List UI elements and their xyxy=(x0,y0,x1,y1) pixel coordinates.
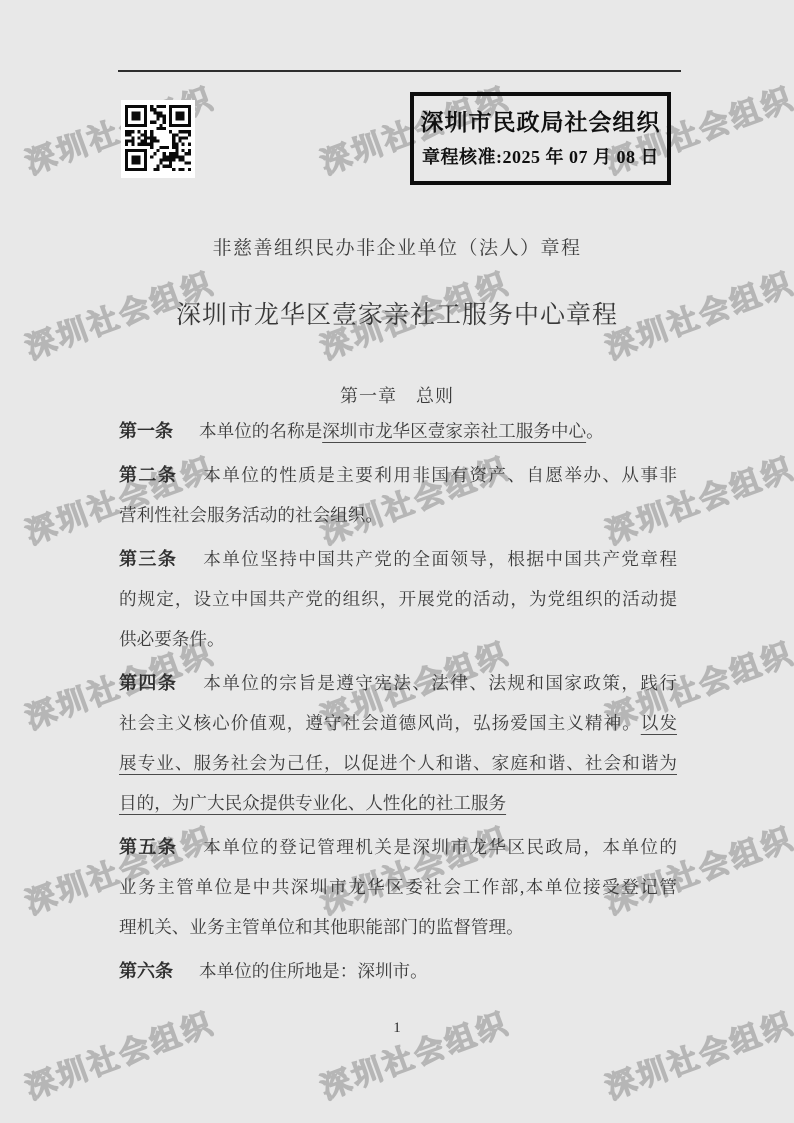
article-text: 本单位的名称是 xyxy=(199,421,322,441)
article: 第三条本单位坚持中国共产党的全面领导，根据中国共产党章程的规定，设立中国共产党的… xyxy=(119,539,677,659)
approval-stamp-box: 深圳市民政局社会组织 章程核准:2025 年 07 月 08 日 xyxy=(410,92,671,185)
article-line: 业务主管单位是中共深圳市龙华区委社会工作部,本单位接受登记管 xyxy=(119,867,677,907)
article-line: 第六条本单位的住所地是：深圳市。 xyxy=(119,951,677,991)
article-line: 社会主义核心价值观，遵守社会道德风尚，弘扬爱国主义精神。以发 xyxy=(119,703,677,743)
article-text: 业务主管单位是中共深圳市龙华区委社会工作部,本单位接受登记管 xyxy=(119,877,677,897)
article: 第二条本单位的性质是主要利用非国有资产、自愿举办、从事非营利性社会服务活动的社会… xyxy=(119,455,677,535)
document-content: 深圳市民政局社会组织 章程核准:2025 年 07 月 08 日 非慈善组织民办… xyxy=(0,0,794,1123)
article-line: 营利性社会服务活动的社会组织。 xyxy=(119,495,677,535)
article-line: 的规定，设立中国共产党的组织，开展党的活动，为党组织的活动提 xyxy=(119,579,677,619)
header-rule xyxy=(118,70,681,72)
articles-body: 第一条本单位的名称是深圳市龙华区壹家亲社工服务中心。第二条本单位的性质是主要利用… xyxy=(119,411,677,995)
article-text: 社会主义核心价值观，遵守社会道德风尚，弘扬爱国主义精神。 xyxy=(119,713,641,733)
article-line: 供必要条件。 xyxy=(119,619,677,659)
qr-code xyxy=(121,100,195,178)
article-line: 第二条本单位的性质是主要利用非国有资产、自愿举办、从事非 xyxy=(119,455,677,495)
article-text: 营利性社会服务活动的社会组织。 xyxy=(119,505,383,525)
article-text: 。 xyxy=(586,421,604,441)
page-number: 1 xyxy=(0,1020,794,1037)
article-text-underlined: 展专业、服务社会为己任，以促进个人和谐、家庭和谐、社会和谐为 xyxy=(119,753,677,773)
article-line: 展专业、服务社会为己任，以促进个人和谐、家庭和谐、社会和谐为 xyxy=(119,743,677,783)
approval-authority: 深圳市民政局社会组织 xyxy=(414,111,667,134)
article-text: 本单位的宗旨是遵守宪法、法律、法规和国家政策，践行 xyxy=(203,673,677,693)
article-text-underlined: 目的，为广大民众提供专业化、人性化的社工服务 xyxy=(119,793,506,813)
article: 第四条本单位的宗旨是遵守宪法、法律、法规和国家政策，践行社会主义核心价值观，遵守… xyxy=(119,663,677,823)
article: 第一条本单位的名称是深圳市龙华区壹家亲社工服务中心。 xyxy=(119,411,677,451)
article-label: 第六条 xyxy=(119,961,173,981)
doc-subtitle: 非慈善组织民办非企业单位（法人）章程 xyxy=(0,233,794,260)
approval-date: 章程核准:2025 年 07 月 08 日 xyxy=(414,148,667,166)
article-line: 第三条本单位坚持中国共产党的全面领导，根据中国共产党章程 xyxy=(119,539,677,579)
charter-document-page: 深圳社会组织深圳社会组织深圳社会组织深圳社会组织深圳社会组织深圳社会组织深圳社会… xyxy=(0,0,794,1123)
article-line: 目的，为广大民众提供专业化、人性化的社工服务 xyxy=(119,783,677,823)
article-text-underlined: 以发 xyxy=(641,713,677,733)
article-text-underlined: 深圳市龙华区壹家亲社工服务中心 xyxy=(322,421,586,441)
article-text: 理机关、业务主管单位和其他职能部门的监督管理。 xyxy=(119,917,524,937)
article-label: 第一条 xyxy=(119,421,173,441)
article-text: 供必要条件。 xyxy=(119,629,225,649)
article-label: 第三条 xyxy=(119,549,177,569)
article-line: 理机关、业务主管单位和其他职能部门的监督管理。 xyxy=(119,907,677,947)
qr-code-pattern xyxy=(125,105,191,171)
article: 第五条本单位的登记管理机关是深圳市龙华区民政局，本单位的业务主管单位是中共深圳市… xyxy=(119,827,677,947)
article-text: 本单位的住所地是：深圳市。 xyxy=(199,961,428,981)
article-line: 第五条本单位的登记管理机关是深圳市龙华区民政局，本单位的 xyxy=(119,827,677,867)
article-text: 本单位的登记管理机关是深圳市龙华区民政局，本单位的 xyxy=(203,837,677,857)
article-text: 本单位坚持中国共产党的全面领导，根据中国共产党章程 xyxy=(203,549,677,569)
article-line: 第四条本单位的宗旨是遵守宪法、法律、法规和国家政策，践行 xyxy=(119,663,677,703)
article-text: 的规定，设立中国共产党的组织，开展党的活动，为党组织的活动提 xyxy=(119,589,677,609)
article-label: 第四条 xyxy=(119,673,177,693)
article-label: 第二条 xyxy=(119,465,177,485)
article: 第六条本单位的住所地是：深圳市。 xyxy=(119,951,677,991)
chapter-heading: 第一章 总则 xyxy=(0,382,794,408)
article-label: 第五条 xyxy=(119,837,177,857)
article-text: 本单位的性质是主要利用非国有资产、自愿举办、从事非 xyxy=(203,465,677,485)
doc-title: 深圳市龙华区壹家亲社工服务中心章程 xyxy=(0,295,794,331)
article-line: 第一条本单位的名称是深圳市龙华区壹家亲社工服务中心。 xyxy=(119,411,677,451)
